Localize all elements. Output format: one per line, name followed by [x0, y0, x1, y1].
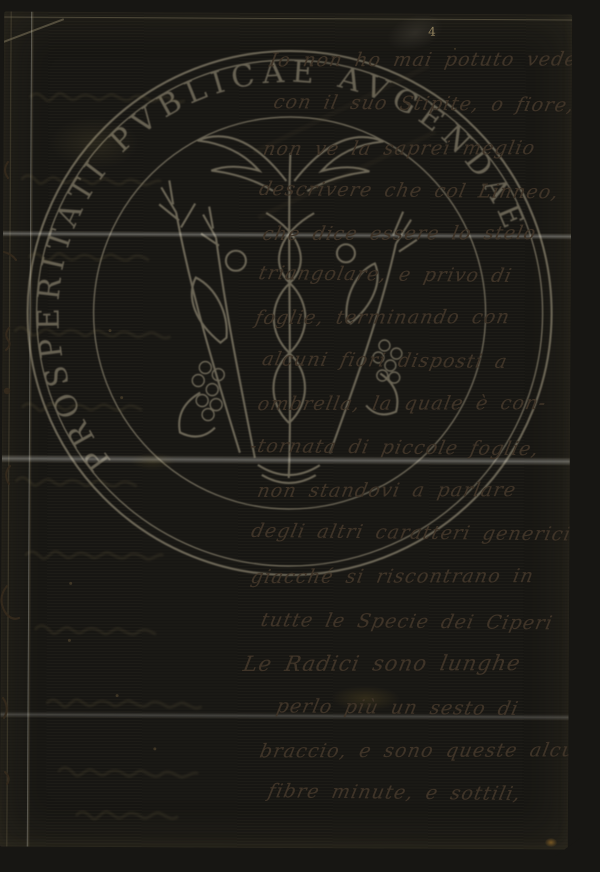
manuscript-line-14: tutte le Specie dei Ciperi — [259, 609, 555, 634]
manuscript-line-4: descrivere che col Linneo, — [257, 178, 561, 203]
manuscript-line-13: giacché si riscontrano in — [249, 565, 536, 588]
manuscript-line-12: degli altri caratteri generici — [249, 520, 572, 546]
manuscript-line-7: foglie, terminando con — [253, 306, 512, 329]
manuscript-line-15: Le Radici sono lunghe — [241, 651, 523, 676]
corner-stain — [545, 838, 557, 847]
manuscript-line-3: non ve la saprei meglio — [261, 137, 537, 160]
handwritten-text-block: Io non ho mai potuto vederlo con il suo … — [0, 12, 572, 850]
manuscript-line-18: fibre minute, e sottili, — [266, 780, 523, 805]
manuscript-line-8: alcuni fiori disposti a — [260, 348, 510, 373]
manuscript-line-5: che dice essere lo stelo — [261, 222, 539, 245]
manuscript-line-2: con il suo Stipite, o fiore, — [272, 91, 573, 116]
gutter-ink-marks — [0, 0, 24, 872]
manuscript-line-17: braccio, e sono queste alcune — [258, 739, 572, 762]
manuscript-line-16: perlo più un sesto di — [274, 695, 521, 720]
manuscript-line-1: Io non ho mai potuto vederlo — [268, 48, 573, 71]
manuscript-line-11: non standovi a parlare — [255, 479, 518, 502]
manuscript-line-9: ombrella, la quale è con- — [256, 392, 549, 415]
manuscript-line-10: -tornata di piccole foglie, — [248, 435, 541, 460]
manuscript-line-6: triangolare, e privo di — [257, 262, 515, 287]
manuscript-page: PROSPERITATI PVBLICAE AVGENDAE — [0, 12, 572, 850]
scanned-manuscript-photo: PROSPERITATI PVBLICAE AVGENDAE — [0, 0, 600, 872]
